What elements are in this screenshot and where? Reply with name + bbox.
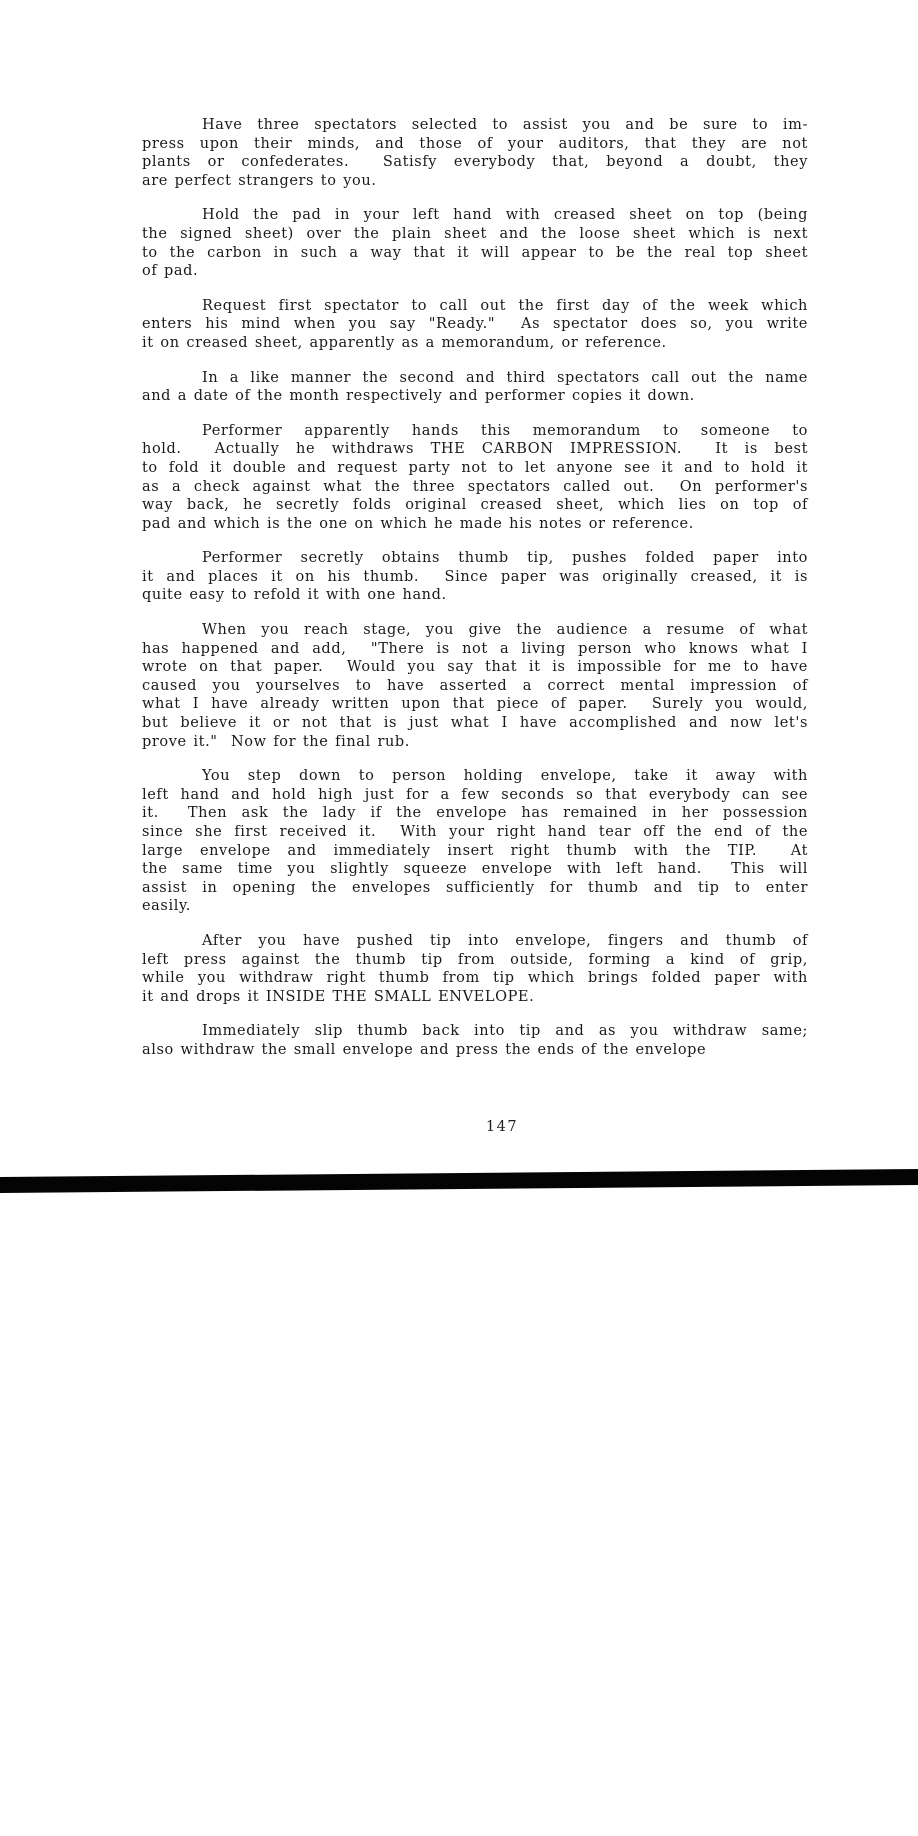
text-line: easily.	[142, 897, 808, 916]
text-line: You step down to person holding envelope…	[142, 767, 808, 786]
paragraph: Request first spectator to call out the …	[142, 297, 808, 353]
text-line: Have three spectators selected to assist…	[142, 116, 808, 135]
paragraph: Performer apparently hands this memorand…	[142, 422, 808, 534]
text-line: but believe it or not that is just what …	[142, 714, 808, 733]
text-line: it and drops it INSIDE THE SMALL ENVELOP…	[142, 988, 808, 1007]
paragraph: Have three spectators selected to assist…	[142, 116, 808, 190]
text-line: it and places it on his thumb. Since pap…	[142, 568, 808, 587]
text-line: what I have already written upon that pi…	[142, 695, 808, 714]
text-line: it. Then ask the lady if the envelope ha…	[142, 804, 808, 823]
text-line: to fold it double and request party not …	[142, 459, 808, 478]
text-line: of pad.	[142, 262, 808, 281]
text-line: press upon their minds, and those of you…	[142, 135, 808, 154]
paragraph: Performer secretly obtains thumb tip, pu…	[142, 549, 808, 605]
text-line: as a check against what the three specta…	[142, 478, 808, 497]
text-line: prove it." Now for the final rub.	[142, 733, 808, 752]
paragraph: Hold the pad in your left hand with crea…	[142, 206, 808, 280]
text-line: left press against the thumb tip from ou…	[142, 951, 808, 970]
text-line: In a like manner the second and third sp…	[142, 369, 808, 388]
text-line: are perfect strangers to you.	[142, 172, 808, 191]
text-line: it on creased sheet, apparently as a mem…	[142, 334, 808, 353]
text-line: After you have pushed tip into envelope,…	[142, 932, 808, 951]
text-line: pad and which is the one on which he mad…	[142, 515, 808, 534]
text-line: quite easy to refold it with one hand.	[142, 586, 808, 605]
text-line: Performer secretly obtains thumb tip, pu…	[142, 549, 808, 568]
text-line: the same time you slightly squeeze envel…	[142, 860, 808, 879]
text-line: has happened and add, "There is not a li…	[142, 640, 808, 659]
text-line: and a date of the month respectively and…	[142, 387, 808, 406]
text-line: Request first spectator to call out the …	[142, 297, 808, 316]
text-line: since she first received it. With your r…	[142, 823, 808, 842]
document-body: Have three spectators selected to assist…	[142, 116, 808, 1060]
text-line: Immediately slip thumb back into tip and…	[142, 1022, 808, 1041]
text-line: left hand and hold high just for a few s…	[142, 786, 808, 805]
text-line: wrote on that paper. Would you say that …	[142, 658, 808, 677]
paragraph: After you have pushed tip into envelope,…	[142, 932, 808, 1006]
text-line: large envelope and immediately insert ri…	[142, 842, 808, 861]
text-line: also withdraw the small envelope and pre…	[142, 1041, 808, 1060]
text-line: while you withdraw right thumb from tip …	[142, 969, 808, 988]
text-line: caused you yourselves to have asserted a…	[142, 677, 808, 696]
text-line: hold. Actually he withdraws THE CARBON I…	[142, 440, 808, 459]
paragraph: When you reach stage, you give the audie…	[142, 621, 808, 751]
text-line: way back, he secretly folds original cre…	[142, 496, 808, 515]
text-line: Performer apparently hands this memorand…	[142, 422, 808, 441]
text-line: When you reach stage, you give the audie…	[142, 621, 808, 640]
paragraph: In a like manner the second and third sp…	[142, 369, 808, 406]
text-line: Hold the pad in your left hand with crea…	[142, 206, 808, 225]
text-line: enters his mind when you say "Ready." As…	[142, 315, 808, 334]
page-number: 147	[170, 1119, 834, 1135]
text-line: to the carbon in such a way that it will…	[142, 244, 808, 263]
text-line: plants or confederates. Satisfy everybod…	[142, 153, 808, 172]
document-page: Have three spectators selected to assist…	[0, 0, 918, 1836]
scan-artifact-bar	[0, 1169, 918, 1193]
text-line: the signed sheet) over the plain sheet a…	[142, 225, 808, 244]
text-line: assist in opening the envelopes sufficie…	[142, 879, 808, 898]
paragraph: Immediately slip thumb back into tip and…	[142, 1022, 808, 1059]
paragraph: You step down to person holding envelope…	[142, 767, 808, 916]
